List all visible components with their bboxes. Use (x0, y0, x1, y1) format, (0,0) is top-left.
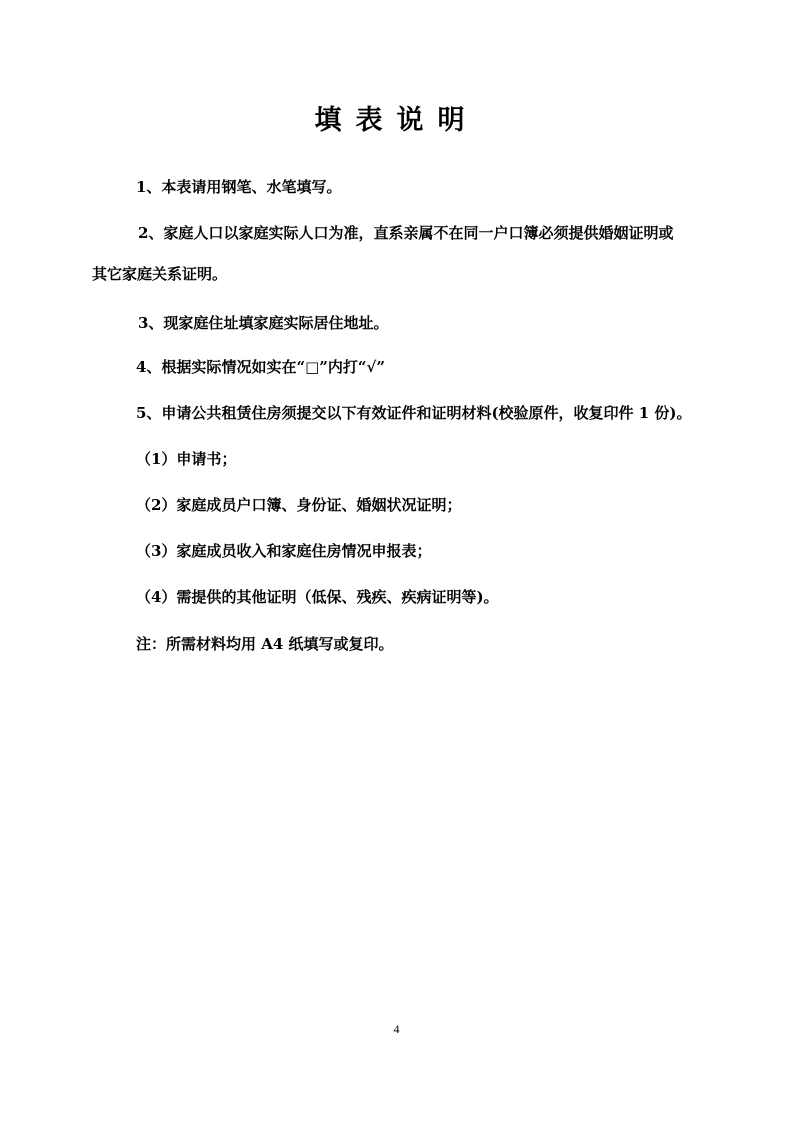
page-title: 填表说明 (0, 98, 793, 137)
page-number: 4 (0, 1022, 793, 1037)
instruction-1: 1、本表请用钢笔、水笔填写。 (136, 176, 341, 197)
instruction-3: 3、现家庭住址填家庭实际居住地址。 (138, 312, 388, 333)
note: 注：所需材料均用 A4 纸填写或复印。 (136, 633, 394, 654)
material-4: （4）需提供的其他证明（低保、残疾、疾病证明等)。 (136, 586, 499, 607)
instruction-4: 4、根据实际情况如实在“□”内打“√” (136, 356, 385, 377)
instruction-2: 2、家庭人口以家庭实际人口为准，直系亲属不在同一户口簿必须提供婚姻证明或 (138, 222, 673, 243)
material-2: （2）家庭成员户口簿、身份证、婚姻状况证明； (136, 494, 461, 515)
instruction-5: 5、申请公共租赁住房须提交以下有效证件和证明材料(校验原件，收复印件 1 份)。 (136, 402, 692, 423)
material-3: （3）家庭成员收入和家庭住房情况申报表； (136, 540, 431, 561)
material-1: （1）申请书； (136, 448, 236, 469)
instruction-2-continued: 其它家庭关系证明。 (92, 263, 227, 284)
